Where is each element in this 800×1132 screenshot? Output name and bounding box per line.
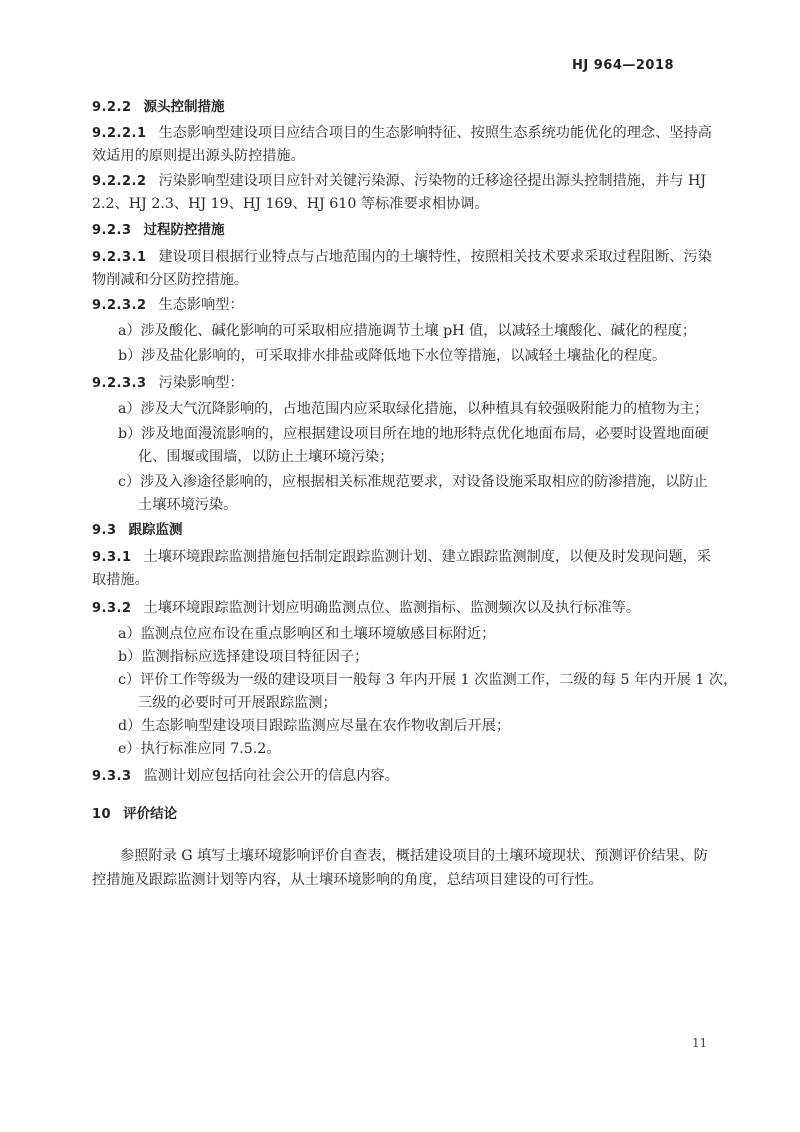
- heading-9-2-2: 9.2.2源头控制措施: [92, 96, 708, 119]
- list-item: b）涉及地面漫流影响的，应根据建设项目所在地的地形特点优化地面布局，必要时设置地…: [118, 423, 734, 446]
- list-item: c）评价工作等级为一级的建设项目一般每 3 年内开展 1 次监测工作，二级的每 …: [118, 669, 734, 692]
- list-item: e）执行标准应同 7.5.2。: [118, 738, 734, 761]
- clause-9-2-3-3: 9.2.3.3污染影响型：: [92, 372, 708, 395]
- list-item: a）涉及大气沉降影响的，占地范围内应采取绿化措施，以种植具有较强吸附能力的植物为…: [118, 398, 734, 421]
- clause-9-2-2-1: 9.2.2.1生态影响型建设项目应结合项目的生态影响特征、按照生态系统功能优化的…: [92, 122, 708, 145]
- document-page: HJ 964—2018 9.2.2源头控制措施 9.2.2.1生态影响型建设项目…: [0, 0, 800, 1132]
- heading-10: 10评价结论: [92, 803, 708, 826]
- page-number: 11: [692, 1036, 707, 1050]
- list-item: a）监测点位应布设在重点影响区和土壤环境敏感目标附近；: [118, 623, 734, 646]
- clause-9-2-2-1-cont: 效适用的原则提出源头防控措施。: [92, 145, 708, 168]
- clause-9-3-3: 9.3.3监测计划应包括向社会公开的信息内容。: [92, 765, 708, 788]
- clause-9-3-1-cont: 取措施。: [92, 569, 708, 592]
- clause-9-2-2-2: 9.2.2.2污染影响型建设项目应针对关键污染源、污染物的迁移途径提出源头控制措…: [92, 170, 708, 193]
- clause-9-2-3-1: 9.2.3.1建设项目根据行业特点与占地范围内的土壤特性，按照相关技术要求采取过…: [92, 246, 708, 269]
- list-item: d）生态影响型建设项目跟踪监测应尽量在农作物收割后开展；: [118, 715, 734, 738]
- clause-9-2-3-1-cont: 物削减和分区防控措施。: [92, 269, 708, 292]
- heading-9-2-3: 9.2.3过程防控措施: [92, 219, 708, 242]
- list-item: a）涉及酸化、碱化影响的可采取相应措施调节土壤 pH 值，以减轻土壤酸化、碱化的…: [118, 320, 734, 343]
- list-item-cont: 化、围堰或围墙，以防止土壤环境污染；: [138, 446, 754, 469]
- list-item: b）监测指标应选择建设项目特征因子；: [118, 646, 734, 669]
- list-item-cont: 土壤环境污染。: [138, 494, 754, 517]
- list-item: c）涉及入渗途径影响的，应根据相关标准规范要求，对设备设施采取相应的防渗措施，以…: [118, 471, 734, 494]
- list-item-cont: 三级的必要时可开展跟踪监测；: [138, 692, 754, 715]
- conclusion-paragraph: 参照附录 G 填写土壤环境影响评价自查表，概括建设项目的土壤环境现状、预测评价结…: [120, 845, 710, 868]
- clause-9-3-2: 9.3.2土壤环境跟踪监测计划应明确监测点位、监测指标、监测频次以及执行标准等。: [92, 597, 708, 620]
- list-item: b）涉及盐化影响的，可采取排水排盐或降低地下水位等措施，以减轻土壤盐化的程度。: [118, 345, 734, 368]
- heading-9-3: 9.3跟踪监测: [92, 519, 708, 542]
- clause-9-3-1: 9.3.1土壤环境跟踪监测措施包括制定跟踪监测计划、建立跟踪监测制度，以便及时发…: [92, 546, 708, 569]
- clause-9-2-3-2: 9.2.3.2生态影响型：: [92, 294, 708, 317]
- conclusion-paragraph-cont: 控措施及跟踪监测计划等内容，从土壤环境影响的角度，总结项目建设的可行性。: [92, 869, 708, 892]
- standard-code: HJ 964—2018: [572, 58, 674, 73]
- clause-9-2-2-2-cont: 2.2、HJ 2.3、HJ 19、HJ 169、HJ 610 等标准要求相协调。: [92, 193, 708, 216]
